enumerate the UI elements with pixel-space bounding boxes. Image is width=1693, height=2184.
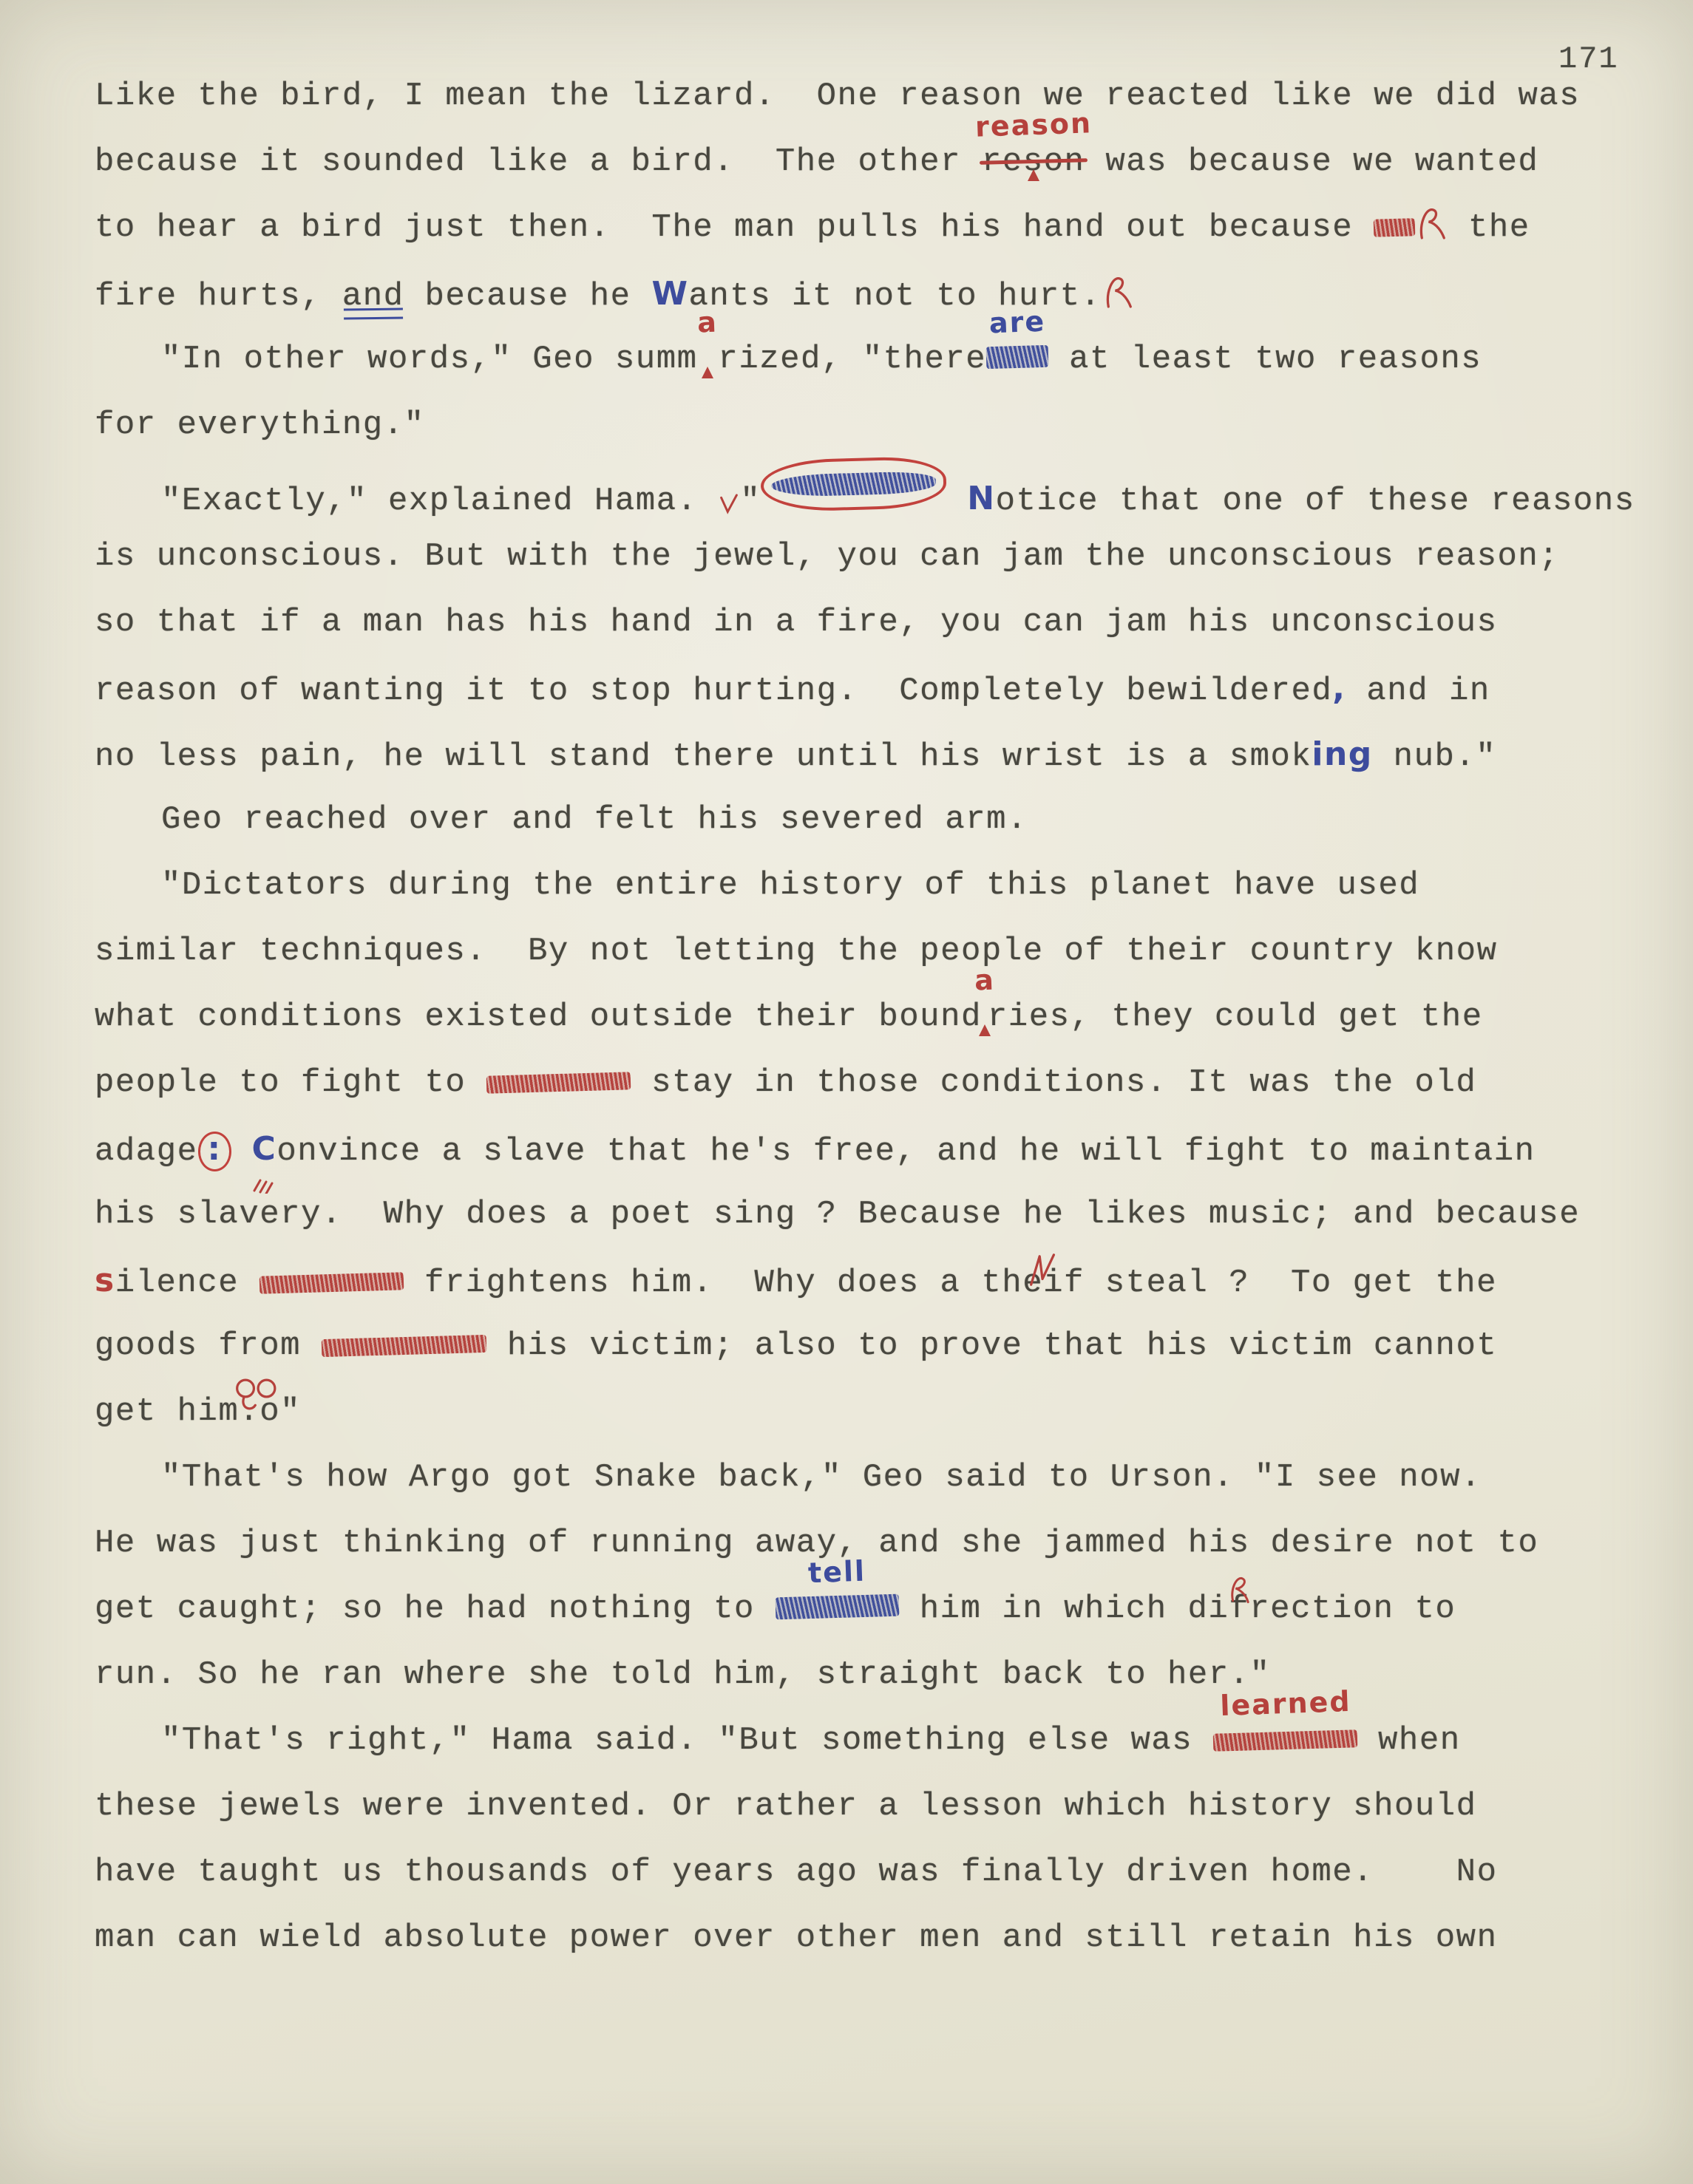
typed-text: ilence: [115, 1265, 259, 1302]
handwritten-word: reason: [974, 90, 1093, 160]
typed-line: so that if a man has his hand in a fire,…: [95, 590, 1655, 656]
typed-text: no less pain, he will stand there until …: [95, 738, 1312, 775]
typed-text: fire hurts,: [95, 278, 342, 315]
typed-text: so that if a man has his hand in a fire,…: [95, 604, 1498, 641]
typed-text: because it sounded like a bird. The othe…: [95, 143, 982, 180]
typed-line: adage: Convince a slave that he's free, …: [95, 1116, 1655, 1182]
typed-line: "In other words," Geo summ arized, "ther…: [95, 327, 1655, 392]
insertion-caret: [1028, 169, 1039, 181]
typed-line: similar techniques. By not letting the p…: [95, 919, 1655, 984]
typed-text: "Exactly," explained Hama.: [161, 483, 718, 520]
red-scribble-deletion: [486, 1072, 631, 1093]
typed-text: because he: [404, 278, 652, 315]
typed-text: run. So he ran where she told him, strai…: [95, 1656, 1271, 1693]
typed-line: is unconscious. But with the jewel, you …: [95, 524, 1655, 590]
typed-line: have taught us thousands of years ago wa…: [95, 1840, 1655, 1905]
typed-line: Geo reached over and felt his severed ar…: [95, 787, 1655, 853]
proofreader-mark-curl: [1417, 201, 1446, 267]
typed-text: "In other words," Geo summ: [161, 341, 698, 378]
typed-text: him in which di: [899, 1591, 1229, 1627]
blue-scribble-deletion: [760, 456, 947, 513]
typed-text: Geo reached over and felt his severed ar…: [161, 801, 1028, 838]
typed-text: his slavery. Why does a poet sing ? Beca…: [95, 1196, 1580, 1233]
underlined-word: and: [342, 264, 404, 330]
handwritten-word: tell: [807, 1539, 867, 1607]
handwritten-insertion: resonreason: [982, 129, 1085, 195]
red-scribble-deletion: [1374, 218, 1416, 237]
typed-text: people to fight to: [95, 1064, 486, 1101]
typed-text: his victim; also to prove that his victi…: [486, 1327, 1497, 1364]
typed-text: the: [1448, 209, 1530, 246]
typed-text: nub.": [1373, 738, 1496, 775]
typed-text: "That's right," Hama said. "But somethin…: [161, 1722, 1213, 1759]
typed-line: silence frightens him. Why does a theif …: [95, 1248, 1655, 1313]
handwritten-word: a: [696, 290, 719, 356]
typed-text: onvince a slave that he's free, and he w…: [276, 1133, 1535, 1170]
typed-line: because it sounded like a bird. The othe…: [95, 129, 1655, 195]
typed-text: f steal ? To get the: [1064, 1265, 1497, 1302]
typed-text: and in: [1346, 673, 1490, 710]
typed-text: to hear a bird just then. The man pulls …: [95, 209, 1374, 246]
typed-text: man can wield absolute power over other …: [95, 1919, 1498, 1956]
typed-text: get caught; so he had nothing to: [95, 1591, 776, 1627]
typed-text: reason of wanting it to stop hurting. Co…: [95, 673, 1332, 710]
base-letters: C: [252, 1130, 277, 1168]
corrected-letters: f: [1229, 1576, 1249, 1642]
handwritten-insertion: a: [698, 327, 719, 392]
overwritten-letter: N: [967, 480, 995, 517]
typed-line: people to fight to stay in those conditi…: [95, 1050, 1655, 1116]
corrected-letters: C: [252, 1116, 277, 1185]
typed-text: get him: [95, 1393, 239, 1430]
red-scribble-deletion: [259, 1272, 404, 1293]
typed-text: what conditions existed outside their bo…: [95, 999, 982, 1035]
typed-line: "Exactly," explained Hama. " Notice that…: [95, 458, 1655, 524]
typed-line: fire hurts, and because he Wants it not …: [95, 261, 1655, 327]
typed-line: get him.o": [95, 1379, 1655, 1445]
typed-text: "That's how Argo got Snake back," Geo sa…: [161, 1459, 1482, 1496]
typed-line: Like the bird, I mean the lizard. One re…: [95, 64, 1655, 129]
corrected-letters: ei: [1022, 1251, 1064, 1316]
typed-line: get caught; so he had nothing to tell hi…: [95, 1576, 1655, 1642]
overwritten-letter: W: [651, 275, 688, 313]
overwritten-letter: ing: [1312, 735, 1372, 773]
insertion-caret: [702, 367, 713, 378]
typed-text: similar techniques. By not letting the p…: [95, 933, 1498, 970]
typed-text: frightens him. Why does a th: [404, 1265, 1022, 1302]
typed-text: Like the bird, I mean the lizard. One re…: [95, 78, 1580, 115]
manuscript-page: 171 Like the bird, I mean the lizard. On…: [0, 0, 1693, 2184]
typed-text: when: [1357, 1722, 1461, 1759]
handwritten-word: learned: [1219, 1669, 1352, 1739]
insertion-caret: [979, 1024, 991, 1036]
handwritten-insertion: are: [986, 327, 1048, 392]
typed-text: at least two reasons: [1048, 341, 1482, 378]
base-letters: ei: [1022, 1265, 1064, 1302]
typed-line: reason of wanting it to stop hurting. Co…: [95, 656, 1655, 721]
typed-text: these jewels were invented. Or rather a …: [95, 1788, 1477, 1825]
typed-text: adage: [95, 1133, 198, 1170]
overwritten-letter: s: [95, 1262, 115, 1299]
typed-line: what conditions existed outside their bo…: [95, 984, 1655, 1050]
typed-text: ries, they could get the: [988, 999, 1483, 1035]
typed-text: rized, "there: [718, 341, 986, 378]
typed-text: rection to: [1249, 1591, 1456, 1627]
handwritten-word: are: [988, 289, 1047, 357]
typed-line: for everything.": [95, 392, 1655, 458]
typed-line: He was just thinking of running away, an…: [95, 1511, 1655, 1576]
typed-text: [231, 1133, 252, 1170]
typed-text: stay in those conditions. It was the old: [631, 1064, 1476, 1101]
typed-line: "That's how Argo got Snake back," Geo sa…: [95, 1445, 1655, 1511]
handwritten-word: a: [974, 948, 997, 1014]
typed-line: these jewels were invented. Or rather a …: [95, 1774, 1655, 1840]
typed-text: have taught us thousands of years ago wa…: [95, 1854, 1498, 1891]
typed-line: no less pain, he will stand there until …: [95, 721, 1655, 787]
typed-text: is unconscious. But with the jewel, you …: [95, 538, 1559, 575]
typed-line: his slavery. Why does a poet sing ? Beca…: [95, 1182, 1655, 1248]
overwritten-letter: :: [208, 1130, 222, 1168]
typed-text: for everything.": [95, 406, 424, 443]
red-scribble-deletion: [322, 1335, 487, 1357]
overwritten-letter: ,: [1332, 670, 1346, 707]
base-letters: f: [1229, 1591, 1249, 1627]
typed-line: "That's right," Hama said. "But somethin…: [95, 1708, 1655, 1774]
proofreader-mark-curl: [1103, 270, 1133, 336]
handwritten-insertion: learned: [1213, 1708, 1357, 1774]
handwritten-insertion: tell: [776, 1576, 899, 1642]
typed-line: goods from his victim; also to prove tha…: [95, 1313, 1655, 1379]
typed-line: "Dictators during the entire history of …: [95, 853, 1655, 919]
text-block: Like the bird, I mean the lizard. One re…: [95, 64, 1655, 1971]
handwritten-insertion: a: [982, 984, 988, 1050]
typed-text: ": [280, 1393, 301, 1430]
typed-text: ": [740, 483, 761, 520]
typed-text: was because we wanted: [1085, 143, 1538, 180]
typed-text: [946, 483, 967, 520]
typed-text: goods from: [95, 1327, 322, 1364]
typed-text: otice that one of these reasons: [996, 483, 1635, 520]
typed-line: man can wield absolute power over other …: [95, 1905, 1655, 1971]
base-letters: .o: [239, 1393, 280, 1430]
typed-line: to hear a bird just then. The man pulls …: [95, 195, 1655, 261]
typed-text: "Dictators during the entire history of …: [161, 867, 1419, 904]
corrected-letters: .o: [239, 1379, 280, 1445]
typed-line: run. So he ran where she told him, strai…: [95, 1642, 1655, 1708]
red-circle-mark: :: [198, 1132, 231, 1171]
